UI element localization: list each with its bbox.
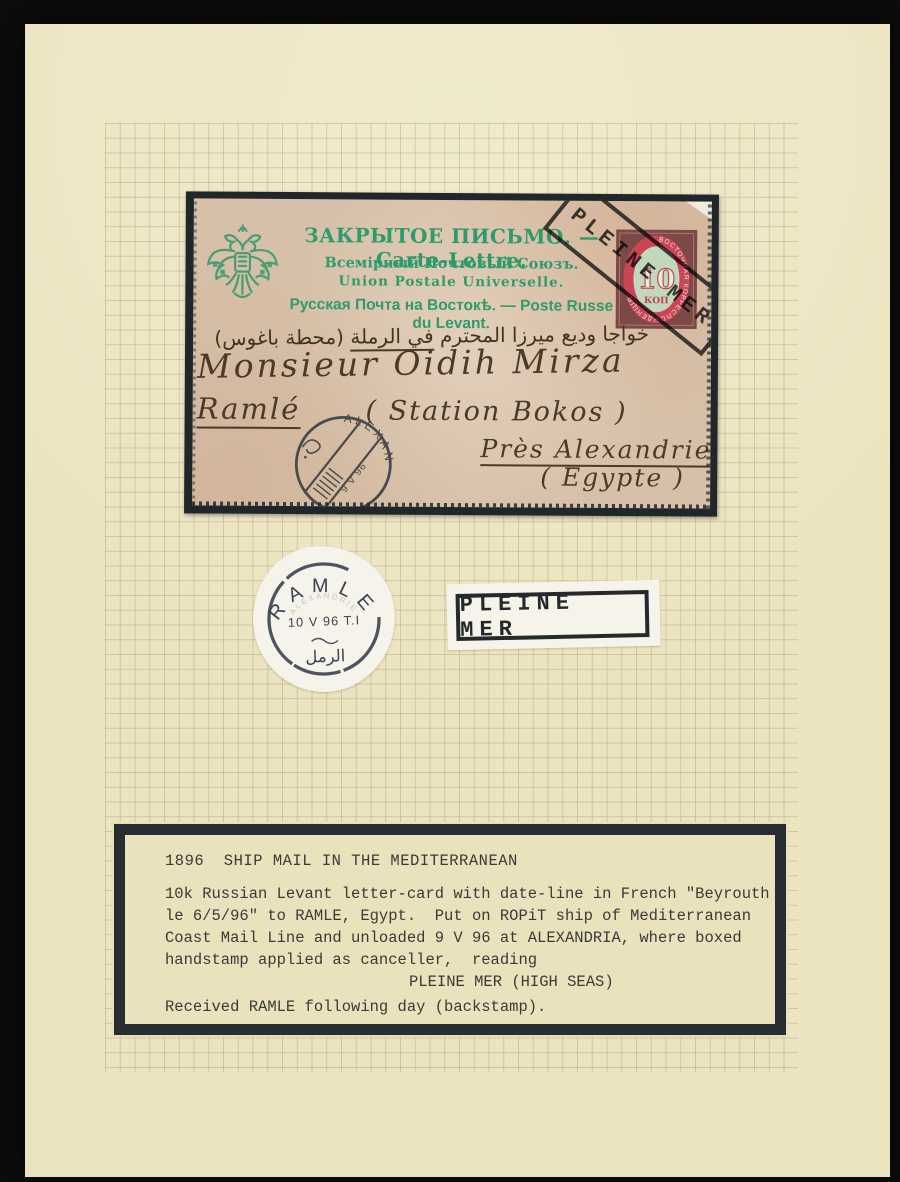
card-mount: ЗАКРЫТОЕ ПИСЬМО. — Carte-Lettre. Всемірн… bbox=[184, 191, 719, 516]
caption-body-line: le 6/5/96" to RAMLE, Egypt. Put on ROPiT… bbox=[165, 905, 757, 927]
caption-footer: Received RAMLE following day (backstamp)… bbox=[165, 996, 757, 1018]
pleine-mer-handstamp: PLEINE MER bbox=[456, 590, 650, 641]
ramle-postmark: RAMLE ALEXANDRIE 10 V 96 T.I الرمل bbox=[256, 549, 393, 690]
perforation-edge-bottom bbox=[192, 501, 710, 508]
caption-label: 1896 SHIP MAIL IN THE MEDITERRANEAN 10k … bbox=[112, 822, 788, 1037]
alexandria-postmark-date: 9 V 96 bbox=[339, 461, 369, 495]
alexandria-postmark-town: ALEXAND bbox=[284, 405, 397, 465]
caption-title: 1896 SHIP MAIL IN THE MEDITERRANEAN bbox=[165, 850, 757, 872]
alexandria-postmark: ALEXAND 9 V 96 bbox=[284, 405, 403, 509]
imperial-eagle-icon bbox=[205, 220, 280, 318]
station-name: ( Station Bokos ) bbox=[366, 395, 628, 428]
city-line: Ramlé ( Station Bokos ) bbox=[197, 391, 628, 428]
letter-card: ЗАКРЫТОЕ ПИСЬМО. — Carte-Lettre. Всемірн… bbox=[192, 198, 712, 508]
caption-body-line: handstamp applied as canceller, reading bbox=[165, 949, 757, 971]
photo-background: ЗАКРЫТОЕ ПИСЬМО. — Carte-Lettre. Всемірн… bbox=[0, 0, 900, 1182]
ramle-postmark-arabic: الرمل bbox=[305, 646, 346, 667]
caption-highlight: PLEINE MER (HIGH SEAS) bbox=[409, 971, 757, 993]
caption-body-line: 10k Russian Levant letter-card with date… bbox=[165, 883, 757, 905]
upu-line-french: Union Postale Universelle. bbox=[285, 273, 617, 291]
caption-frame: 1896 SHIP MAIL IN THE MEDITERRANEAN 10k … bbox=[114, 824, 786, 1035]
svg-text:ALEXAND: ALEXAND bbox=[284, 405, 397, 465]
pleine-mer-handstamp-cutout: PLEINE MER bbox=[446, 580, 660, 650]
addressee-line: Monsieur Oidih Mirza bbox=[197, 341, 625, 386]
caption-body-line: Coast Mail Line and unloaded 9 V 96 at A… bbox=[165, 927, 757, 949]
album-page: ЗАКРЫТОЕ ПИСЬМО. — Carte-Lettre. Всемірн… bbox=[25, 24, 890, 1177]
ramle-postmark-date: 10 V 96 T.I bbox=[288, 613, 361, 630]
perforation-edge-right bbox=[706, 202, 712, 509]
destination-line: Près Alexandrie bbox=[480, 434, 711, 464]
ramle-postmark-cutout: RAMLE ALEXANDRIE 10 V 96 T.I الرمل bbox=[250, 544, 397, 695]
upu-line-russian: Всемірный Почтовый Союзъ. bbox=[286, 254, 618, 273]
country-line: ( Egypte ) bbox=[540, 463, 685, 493]
